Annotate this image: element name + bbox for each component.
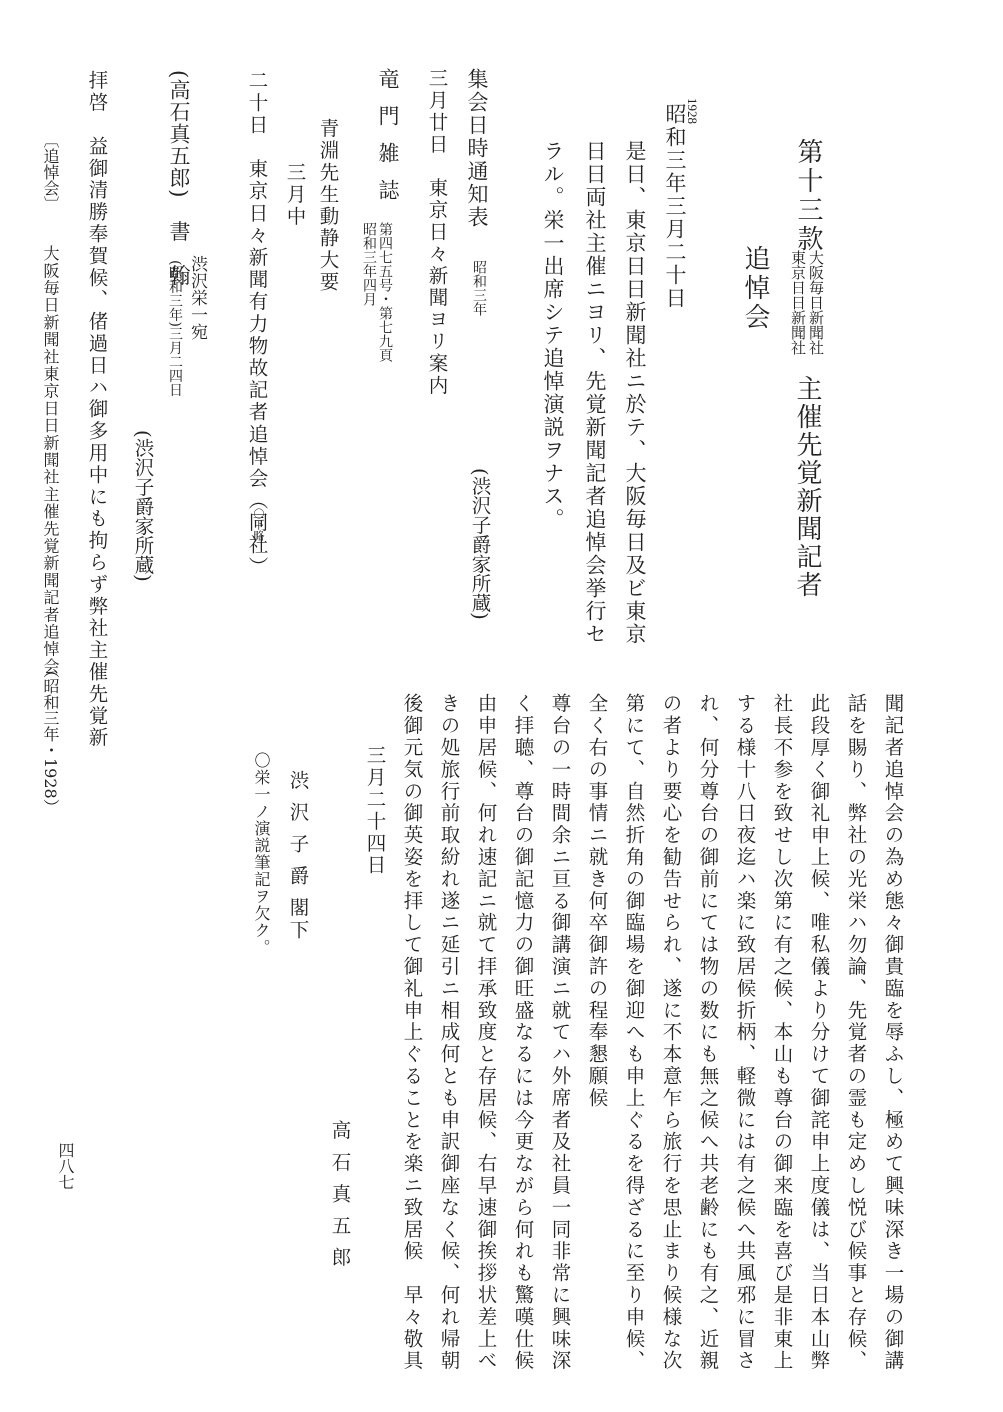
source-note-line2: 昭和三年四月: [362, 222, 376, 306]
source-note: 昭和三年: [472, 260, 486, 316]
page-number: 四八七: [57, 1142, 73, 1190]
letter-line: 拝啓 益御清勝奉賀候、偖過日ハ御多用中にも拘らず弊社主催先覚新: [87, 70, 107, 749]
source-line: 三月中: [285, 162, 305, 228]
letter-line: 後御元気の御英姿を拝して御礼申上ぐることを楽ニ致居候 早々敬具: [402, 693, 422, 1372]
source-title: 竜門雑誌: [377, 68, 398, 216]
section-title-rest: 主催先覚新聞記者: [794, 375, 820, 599]
letter-date: 三月二十四日: [365, 745, 385, 876]
letter-line: きの処旅行前取紛れ遂ニ延引ニ相成何とも申訳御座なく候、何れ帰朝: [439, 693, 459, 1372]
entry-body-line: ラル。栄一出席シテ追悼演説ヲナス。: [542, 140, 563, 531]
entry-date: 昭和三年三月二十日: [664, 103, 685, 310]
section-title: 第十三款: [795, 138, 821, 254]
letter-line: れ、何分尊台の御前にては物の数にも無之候へ共老齢にも有之、近親: [698, 693, 718, 1372]
source-owner: (渋沢子爵家所蔵): [133, 430, 153, 582]
source-title: 集会日時通知表: [466, 68, 487, 229]
letter-line: 聞記者追悼会の為め態々御貴臨を辱ふし、極めて興味深き一場の御講: [883, 693, 903, 1372]
letter-line: の者より要心を勧告せられ、遂に不本意乍ら旅行を思止まり候様な次: [661, 693, 681, 1372]
letter-line: 社長不参を致せし次第に有之候、本山も尊台の御来臨を喜び是非東上: [772, 693, 792, 1372]
letter-line: 全く右の事情ニ就き何卒御許の程奉懇願候: [587, 693, 607, 1109]
source-line: 青淵先生動静大要: [318, 118, 338, 293]
omission-mark: 〇下略: [253, 508, 264, 541]
source-line: 二十日 東京日々新聞有力物故記者追悼会（同社）: [247, 70, 267, 578]
section-host-tokyo: 東京日日新聞社: [790, 250, 805, 355]
source-owner: (渋沢子爵家所蔵): [470, 468, 490, 620]
running-head-date: （昭和三年・1928）: [42, 662, 58, 815]
entry-body-line: 日日両社主催ニヨリ、先覚新聞記者追悼会挙行セ: [584, 140, 605, 646]
source-note-line1: 渋沢栄一宛: [188, 255, 205, 340]
letter-line: 此段厚く御礼申上候、唯私儀より分けて御詫申上度儀は、当日本山弊: [809, 693, 829, 1372]
letter-signature: 高 石 真 五 郎: [330, 1120, 350, 1269]
letter-line: 尊台の一時間余ニ亘る御講演ニ就てハ外席者及社員一同非常に興味深: [550, 693, 570, 1372]
entry-body-line: 是日、東京日日新聞社ニ於テ、大阪毎日及ビ東京: [624, 140, 645, 646]
letter-line: く拝聴、尊台の御記憶力の御旺盛なるには今更ながら何れも驚嘆仕候: [513, 693, 533, 1372]
running-head: 大阪毎日新聞社東京日日新聞社主催先覚新聞記者追悼会: [42, 245, 58, 675]
letter-line: する様十八日夜迄ハ楽に致居候折柄、軽微には有之候へ共風邪に冒さ: [735, 693, 755, 1372]
letter-line: 話を賜り、弊社の光栄ハ勿論、先覚者の霊も定めし悦び候事と存候、: [846, 693, 866, 1372]
letter-line: 由申居候、何れ速記ニ就て拝承致度と存居候、右早速御挨拶状差上べ: [476, 693, 496, 1372]
source-title: (高石真五郎) 書 翰: [168, 70, 189, 286]
section-host-osaka: 大阪毎日新聞社: [808, 250, 823, 355]
letter-line: 第にて、自然折角の御臨場を御迎へも申上ぐるを得ざるに至り申候、: [624, 693, 644, 1372]
source-note-line1: 第四七五号・第七九頁: [378, 222, 392, 362]
source-note-line2: (昭和三年)三月二四日: [168, 260, 182, 397]
section-title-end: 追悼会: [742, 245, 768, 332]
source-line: 三月廿日 東京日々新聞ヨリ案内: [427, 68, 447, 397]
running-head-tag: 〔追悼会〕: [42, 132, 58, 212]
editor-note: 〇栄一ノ演説筆記ヲ欠ク。: [253, 752, 269, 956]
entry-year-ad: 1928: [686, 98, 699, 124]
letter-addressee: 渋 沢 子 爵 閣下: [288, 770, 308, 942]
